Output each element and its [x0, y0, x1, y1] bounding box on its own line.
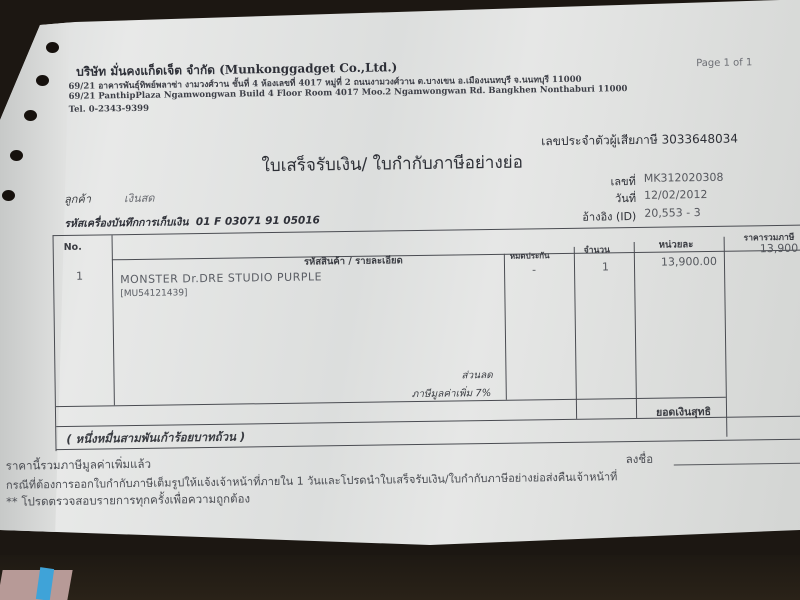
- company-phone: Tel. 0-2343-9399: [69, 104, 149, 115]
- signature-label: ลงชื่อ: [626, 451, 654, 469]
- row-warranty: -: [532, 263, 536, 276]
- row-no: 1: [76, 270, 83, 283]
- column-divider: [504, 254, 507, 400]
- receipt-date: 12/02/2012: [644, 188, 708, 202]
- vat-label: ภาษีมูลค่าเพิ่ม 7%: [412, 386, 492, 402]
- receipt-paper: บริษัท มั่นคงแก็ดเจ็ต จำกัด (Munkonggadg…: [0, 0, 800, 560]
- cash-register-label: รหัสเครื่องบันทึกการเก็บเงิน: [64, 216, 188, 230]
- table-surface: [0, 555, 800, 600]
- cash-register-id: รหัสเครื่องบันทึกการเก็บเงิน 01 F 03071 …: [64, 211, 320, 232]
- row-description: MONSTER Dr.DRE STUDIO PURPLE: [120, 270, 322, 286]
- customer-label: ลูกค้า: [64, 190, 91, 208]
- row-total: 13,900: [760, 242, 799, 256]
- column-divider: [724, 237, 728, 437]
- signature-line: [674, 463, 800, 466]
- perforation-hole: [2, 190, 15, 201]
- perforation-hole: [10, 150, 23, 161]
- row-qty: 1: [602, 260, 609, 273]
- cash-register-value: 01 F 03071 91 05016: [196, 214, 320, 228]
- subtotal-divider: [56, 397, 726, 407]
- header-warranty: หมดประกัน: [510, 249, 550, 263]
- receipt-document: บริษัท มั่นคงแก็ดเจ็ต จำกัด (Munkonggadg…: [60, 45, 800, 535]
- column-divider: [634, 242, 637, 418]
- discount-label: ส่วนลด: [461, 368, 492, 383]
- tax-id-label: เลขประจำตัวผู้เสียภาษี: [541, 133, 658, 149]
- amount-in-words: ( หนึ่งหมื่นสามพันเก้าร้อยบาทถ้วน ): [66, 428, 245, 448]
- tax-id-value: 3033648034: [661, 132, 738, 147]
- tax-id: เลขประจำตัวผู้เสียภาษี 3033648034: [541, 130, 738, 152]
- document-title: ใบเสร็จรับเงิน/ ใบกำกับภาษีอย่างย่อ: [261, 149, 523, 180]
- receipt-date-label: วันที่: [566, 189, 636, 208]
- header-unit-price: หน่วยละ: [659, 237, 694, 252]
- reference-id: 20,553 - 3: [644, 206, 701, 220]
- perforation-hole: [46, 42, 59, 53]
- receipt-number: MK312020308: [644, 171, 724, 185]
- check-items-note: ** โปรดตรวจสอบรายการทุกครั้งเพื่อความถูก…: [6, 490, 250, 511]
- perforation-hole: [24, 110, 37, 121]
- items-table: No. รหัสสินค้า / รายละเอียด หมดประกัน จำ…: [53, 224, 800, 451]
- vat-included-note: ราคานี้รวมภาษีมูลค่าเพิ่มแล้ว: [6, 456, 152, 476]
- row-unit-price: 13,900.00: [661, 255, 717, 269]
- receipt-number-label: เลขที่: [566, 172, 636, 191]
- customer-value: เงินสด: [124, 189, 155, 207]
- column-divider: [112, 235, 115, 405]
- perforation-hole: [36, 75, 49, 86]
- header-qty: จำนวน: [584, 242, 610, 256]
- row-product-code: [MU54121439]: [120, 288, 187, 299]
- page-indicator: Page 1 of 1: [696, 57, 752, 69]
- net-total-label: ยอดเงินสุทธิ: [656, 403, 711, 421]
- column-divider: [574, 247, 577, 419]
- header-description: รหัสสินค้า / รายละเอียด: [304, 253, 403, 269]
- reference-id-label: อ้างอิง (ID): [548, 207, 636, 226]
- header-no: No.: [64, 242, 82, 253]
